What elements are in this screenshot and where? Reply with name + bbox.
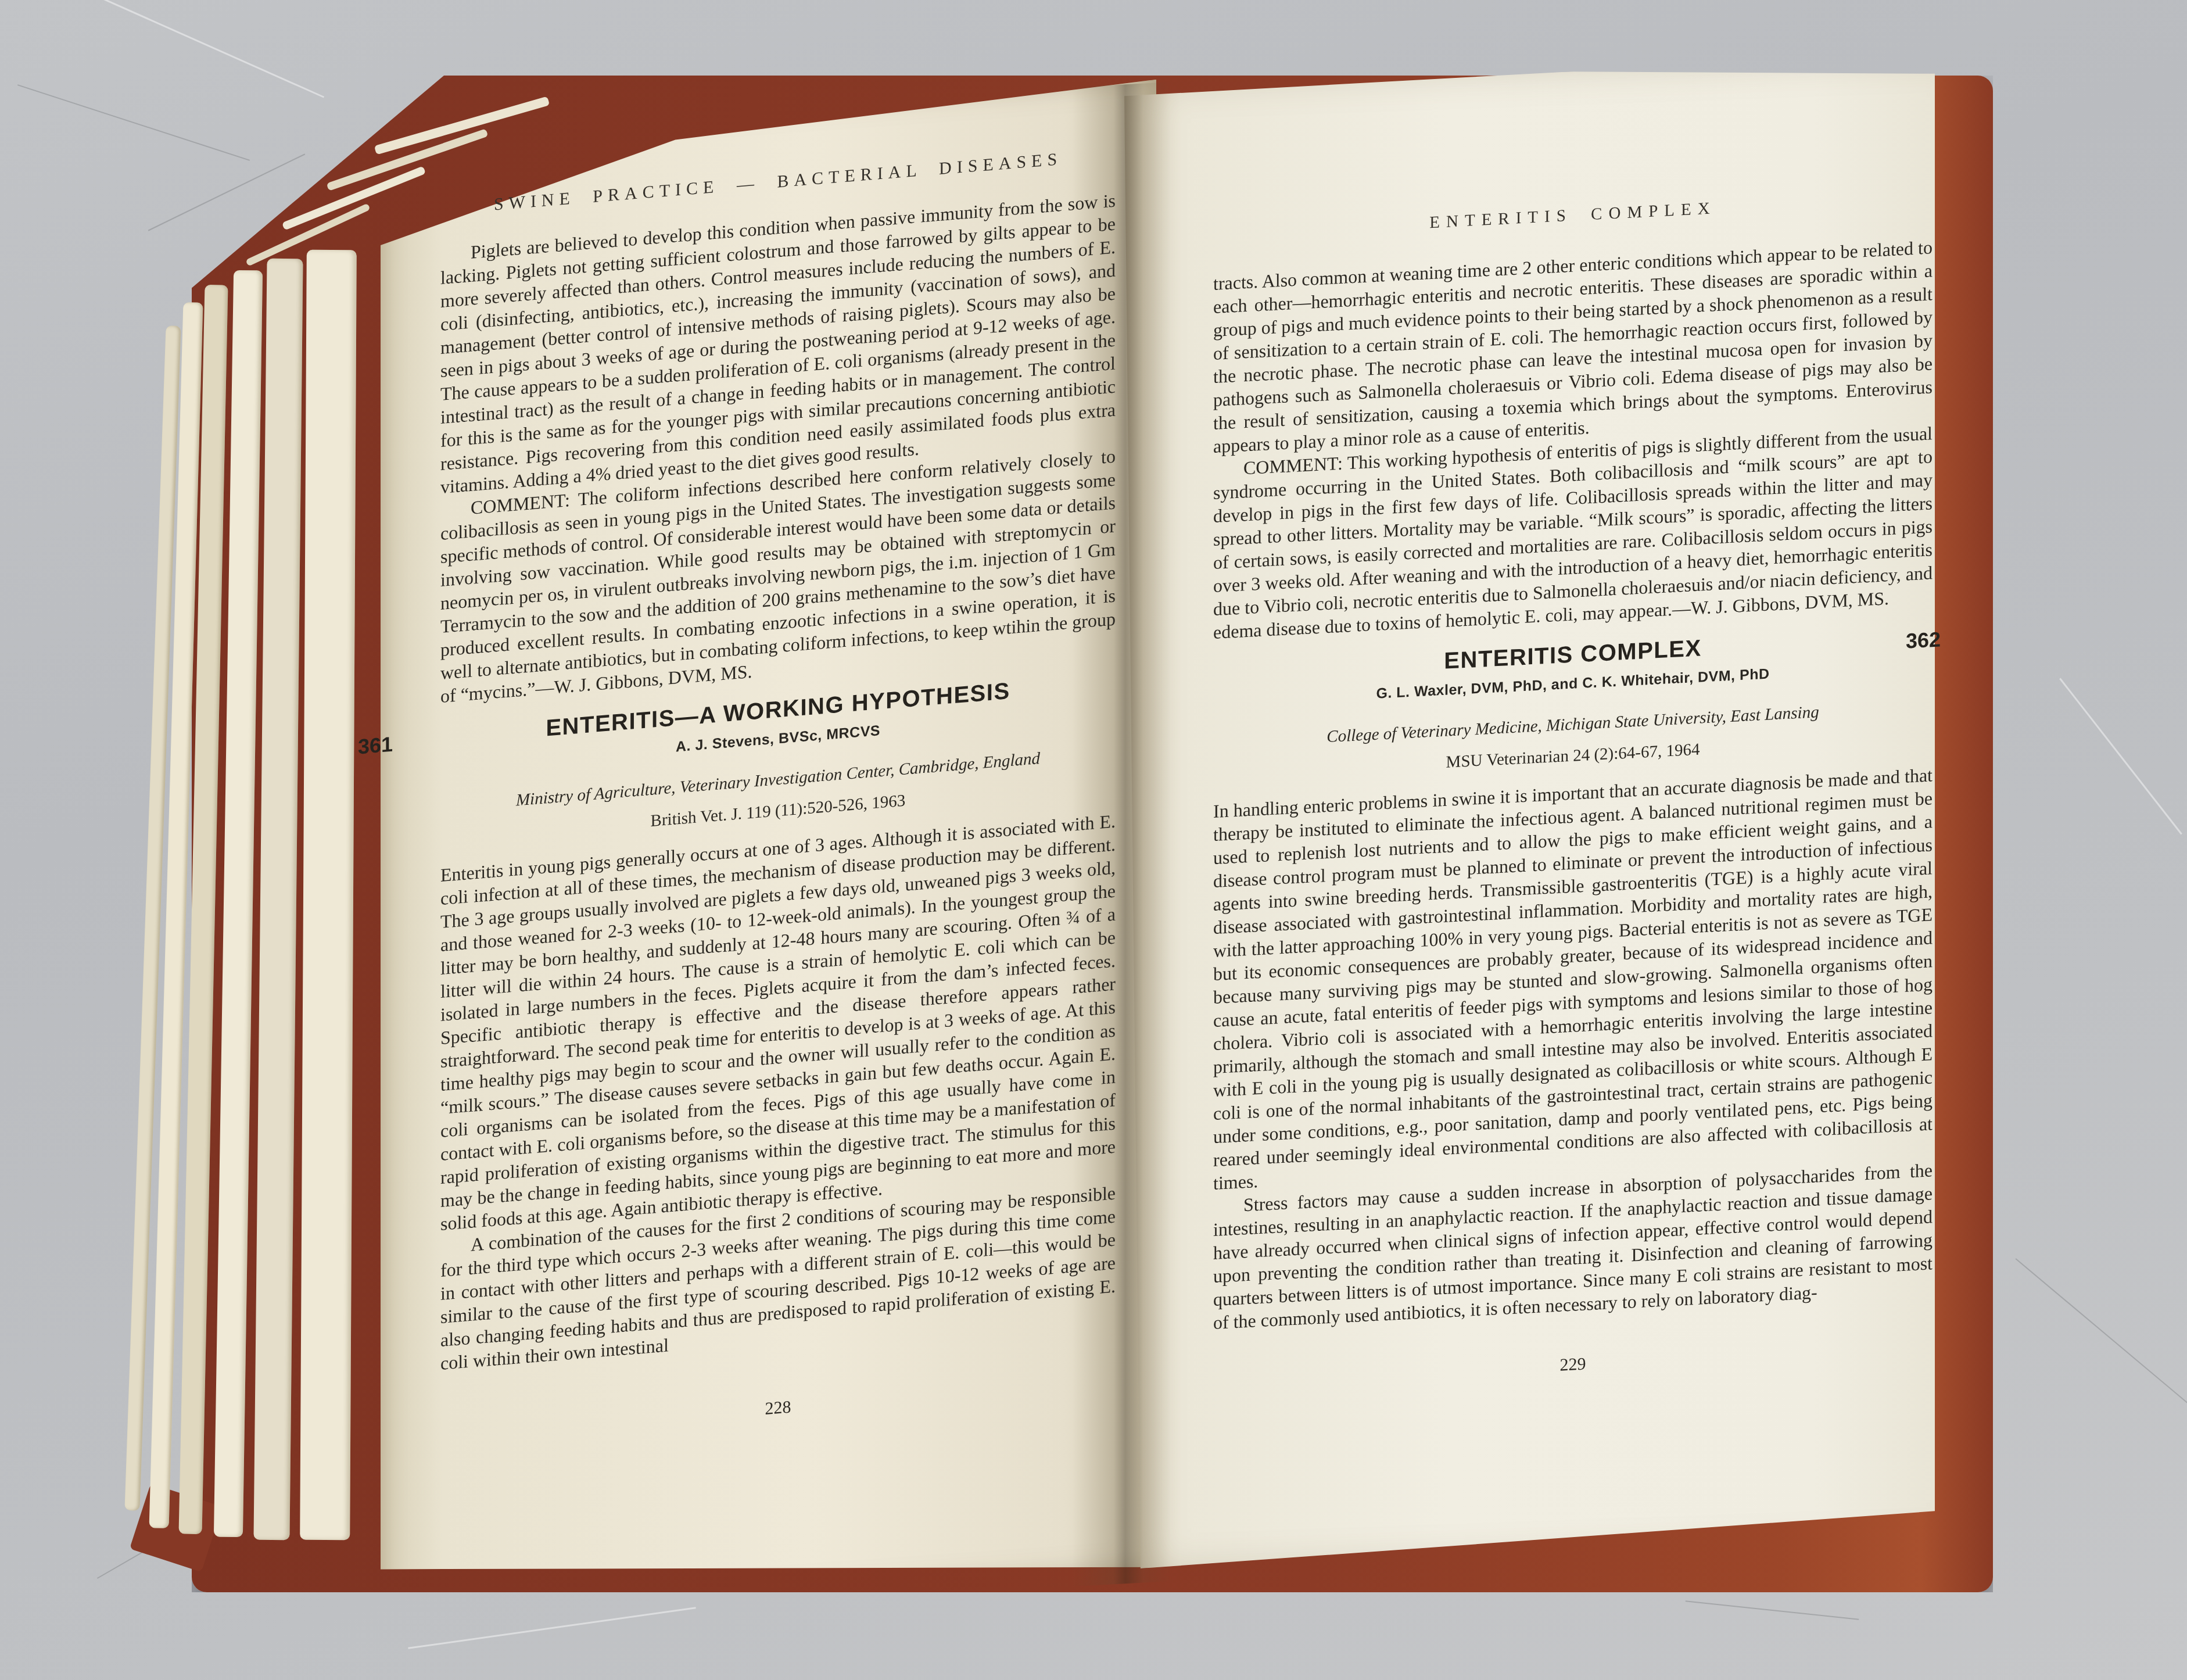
photo-of-open-book: { "colors": { "surface_gray": "#bfc1c4",… (0, 0, 2187, 1680)
page-edge-strip (300, 250, 357, 1540)
paragraph: COMMENT: This working hypothesis of ente… (1213, 421, 1933, 644)
article-number: 362 (1906, 628, 1941, 653)
scratch-line (48, 0, 324, 98)
scratch-line (2015, 1258, 2187, 1416)
left-page-text-column: SWINE PRACTICE — BACTERIAL DISEASES Pigl… (440, 144, 1116, 1447)
scratch-line (1686, 1600, 1859, 1620)
paragraph: Enteritis in young pigs generally occurs… (440, 809, 1116, 1235)
article-heading-block: 362 ENTERITIS COMPLEX G. L. Waxler, DVM,… (1213, 625, 1933, 786)
paragraph: In handling enteric problems in swine it… (1213, 763, 1933, 1195)
paragraph: tracts. Also common at weaning time are … (1213, 235, 1933, 458)
scratch-line (408, 1607, 696, 1649)
scratch-line (2059, 678, 2182, 835)
right-page-text-column: ENTERITIS COMPLEX tracts. Also common at… (1213, 185, 1933, 1395)
scratch-line (17, 84, 250, 161)
article-number: 361 (358, 733, 393, 759)
